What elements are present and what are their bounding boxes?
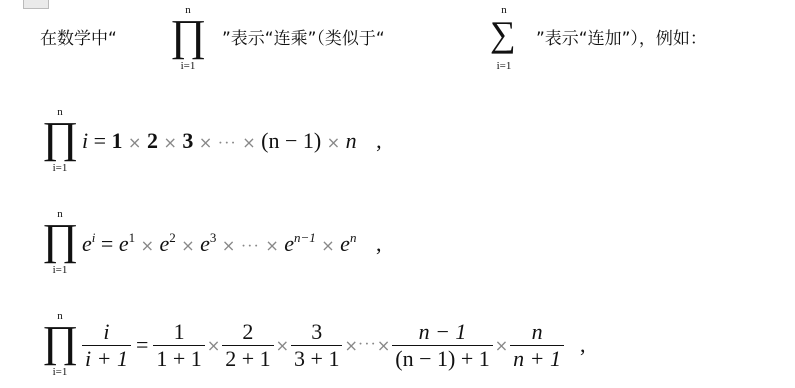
factor: 1	[112, 128, 123, 153]
formula-1: n ∏ i=1 i = 1 × 2 × 3 × ··· × (n − 1) × …	[42, 106, 402, 178]
lower-limit: i=1	[53, 162, 68, 174]
lower-limit: i=1	[53, 366, 68, 378]
equals: =	[136, 332, 148, 358]
fraction: 2 2 + 1	[222, 319, 273, 371]
intro-text-after: ”表示“连加”），例如：	[536, 24, 707, 49]
sum-lower-limit: i=1	[497, 60, 512, 72]
comma: ,	[580, 332, 586, 358]
factor: 2	[147, 128, 158, 153]
times-icon: ×	[181, 236, 194, 255]
power-base: e	[159, 231, 169, 256]
sum-symbol-inline: n ∑ i=1	[486, 4, 522, 76]
term-fraction: i i + 1	[82, 319, 131, 371]
formula-2: n ∏ i=1 ei = e1 × e2 × e3 × ··· × en−1 ×…	[42, 208, 442, 280]
times-icon: ×	[321, 236, 334, 255]
comma: ,	[376, 231, 382, 256]
product-lower-limit: i=1	[181, 60, 196, 72]
times-icon: ×	[163, 133, 176, 152]
denominator: n + 1	[510, 346, 564, 371]
product-icon: ∏	[42, 116, 78, 160]
image-placeholder-icon	[23, 0, 49, 9]
formula-2-operator: n ∏ i=1	[42, 208, 78, 280]
fraction: n n + 1	[510, 319, 564, 371]
times-icon: ×	[242, 133, 255, 152]
formula-1-operator: n ∏ i=1	[42, 106, 78, 178]
power-base: e	[284, 231, 294, 256]
power-base: e	[119, 231, 129, 256]
fraction: 3 3 + 1	[291, 319, 342, 371]
times-icon: ×	[141, 236, 154, 255]
times-icon: ×	[128, 133, 141, 152]
equals: =	[101, 231, 113, 256]
formula-3: n ∏ i=1 i i + 1 = 1 1 + 1 × 2 2 + 1 × 3 …	[42, 310, 602, 386]
power-base: e	[340, 231, 350, 256]
power-exponent: n−1	[294, 230, 316, 245]
term: i	[82, 128, 88, 153]
ellipsis: ···	[241, 238, 260, 255]
formula-1-body: i = 1 × 2 × 3 × ··· × (n − 1) × n ,	[82, 128, 382, 154]
numerator: n − 1	[416, 319, 470, 344]
numerator: 2	[239, 319, 256, 344]
times-icon: ×	[344, 336, 357, 355]
power-exponent: 3	[210, 230, 217, 245]
product-symbol-inline: n ∏ i=1	[168, 4, 208, 76]
ellipsis: ···	[358, 336, 377, 354]
numerator: 1	[171, 319, 188, 344]
factor: 3	[182, 128, 193, 153]
sum-icon: ∑	[490, 16, 516, 52]
fraction: n − 1 (n − 1) + 1	[392, 319, 492, 371]
numerator: 3	[308, 319, 325, 344]
product-icon: ∏	[42, 320, 78, 364]
formula-2-body: ei = e1 × e2 × e3 × ··· × en−1 × en ,	[82, 230, 381, 257]
denominator: (n − 1) + 1	[392, 346, 492, 371]
power-exponent: 2	[169, 230, 176, 245]
formula-3-body: i i + 1 = 1 1 + 1 × 2 2 + 1 × 3 3 + 1 × …	[80, 314, 586, 376]
factor: (n − 1)	[261, 128, 321, 153]
ellipsis: ···	[218, 135, 237, 152]
product-icon: ∏	[42, 218, 78, 262]
fraction: 1 1 + 1	[153, 319, 204, 371]
times-icon: ×	[199, 133, 212, 152]
numerator: n	[529, 319, 546, 344]
term-exponent: i	[92, 230, 96, 245]
comma: ,	[376, 128, 382, 153]
power-exponent: 1	[129, 230, 136, 245]
lower-limit: i=1	[53, 264, 68, 276]
times-icon: ×	[207, 336, 220, 355]
formula-3-operator: n ∏ i=1	[42, 310, 78, 382]
times-icon: ×	[327, 133, 340, 152]
intro-text-before: 在数学中“	[40, 24, 117, 49]
times-icon: ×	[276, 336, 289, 355]
denominator: 1 + 1	[153, 346, 204, 371]
numerator: i	[100, 319, 112, 344]
product-icon: ∏	[170, 14, 206, 58]
times-icon: ×	[495, 336, 508, 355]
power-base: e	[200, 231, 210, 256]
term-base: e	[82, 231, 92, 256]
times-icon: ×	[265, 236, 278, 255]
factor: n	[346, 128, 357, 153]
times-icon: ×	[222, 236, 235, 255]
equals: =	[94, 128, 106, 153]
denominator: 2 + 1	[222, 346, 273, 371]
power-exponent: n	[350, 230, 357, 245]
denominator: i + 1	[82, 346, 131, 371]
intro-text-middle: ”表示“连乘”（类似于“	[222, 24, 385, 49]
times-icon: ×	[377, 336, 390, 355]
denominator: 3 + 1	[291, 346, 342, 371]
